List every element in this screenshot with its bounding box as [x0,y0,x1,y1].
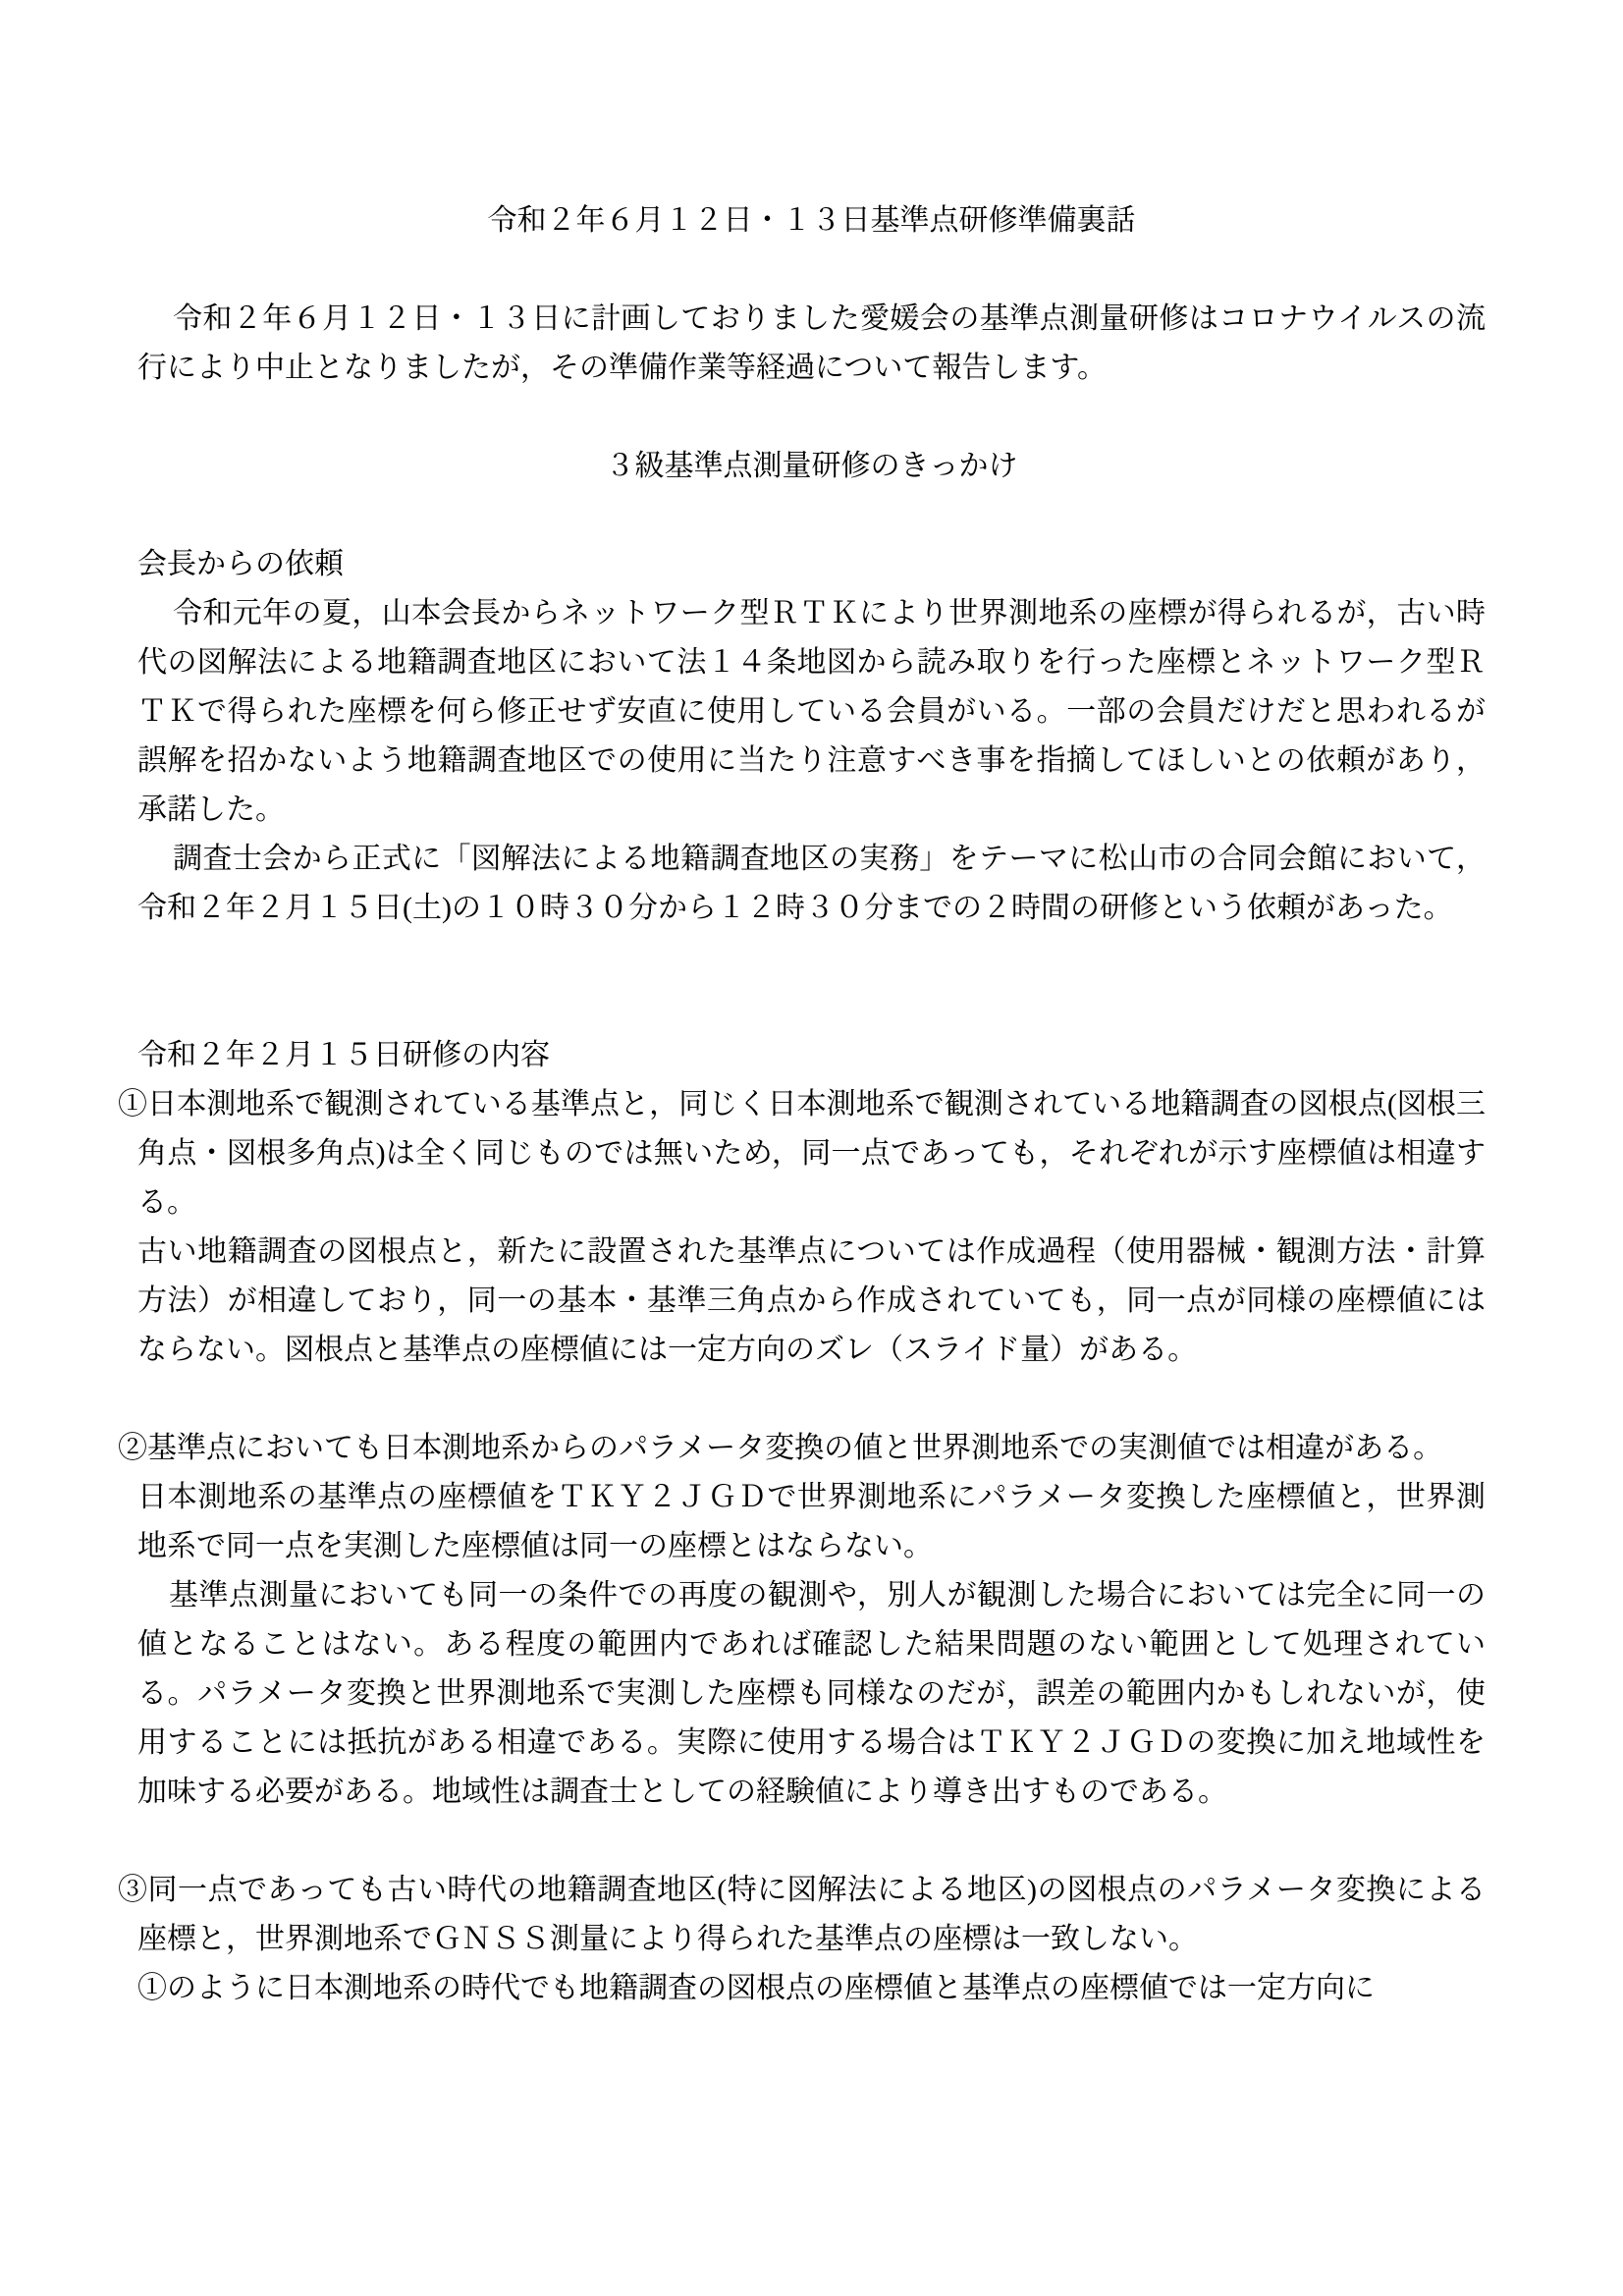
spacer [137,1375,1486,1424]
section1-heading: ３級基準点測量研修のきっかけ [137,442,1486,491]
list-item-2-sub-1: 日本測地系の基準点の座標値をＴＫＹ２ＪＧＤで世界測地系にパラメータ変換した座標値… [137,1473,1486,1571]
item-2-text: 基準点においても日本測地系からのパラメータ変換の値と世界測地系での実測値では相違… [147,1432,1442,1464]
item-1-marker: ① [118,1088,147,1121]
list-item-2: ②基準点においても日本測地系からのパラメータ変換の値と世界測地系での実測値では相… [137,1424,1486,1473]
item-2-marker: ② [118,1432,147,1464]
list-item-1: ①日本測地系で観測されている基準点と，同じく日本測地系で観測されている地籍調査の… [137,1080,1486,1228]
section1-paragraph-2: 調査士会から正式に「図解法による地籍調査地区の実務」をテーマに松山市の合同会館に… [137,835,1486,933]
spacer [137,491,1486,540]
spacer [137,933,1486,1031]
spacer [137,246,1486,295]
list-item-3: ③同一点であっても古い時代の地籍調査地区(特に図解法による地区)の図根点のパラメ… [137,1866,1486,1964]
section2-label: 令和２年２月１５日研修の内容 [137,1031,1486,1080]
list-item-1-sub-1: 古い地籍調査の図根点と，新たに設置された基準点については作成過程（使用器械・観測… [137,1228,1486,1375]
document-page: 令和２年６月１２日・１３日基準点研修準備裏話 令和２年６月１２日・１３日に計画し… [0,0,1623,2296]
list-item-2-sub-2: 基準点測量においても同一の条件での再度の観測や，別人が観測した場合においては完全… [137,1571,1486,1817]
list-item-3-sub-1: ①のように日本測地系の時代でも地籍調査の図根点の座標値と基準点の座標値では一定方… [137,1964,1486,2013]
spacer [137,393,1486,442]
spacer [137,1817,1486,1866]
document-title: 令和２年６月１２日・１３日基準点研修準備裏話 [137,196,1486,246]
section1-label: 会長からの依頼 [137,540,1486,589]
item-3-text: 同一点であっても古い時代の地籍調査地区(特に図解法による地区)の図根点のパラメー… [137,1874,1486,1955]
section1-paragraph-1: 令和元年の夏，山本会長からネットワーク型ＲＴＫにより世界測地系の座標が得られるが… [137,589,1486,835]
item-1-text: 日本測地系で観測されている基準点と，同じく日本測地系で観測されている地籍調査の図… [137,1088,1486,1219]
item-3-marker: ③ [118,1874,148,1906]
intro-paragraph: 令和２年６月１２日・１３日に計画しておりました愛媛会の基準点測量研修はコロナウイ… [137,295,1486,393]
